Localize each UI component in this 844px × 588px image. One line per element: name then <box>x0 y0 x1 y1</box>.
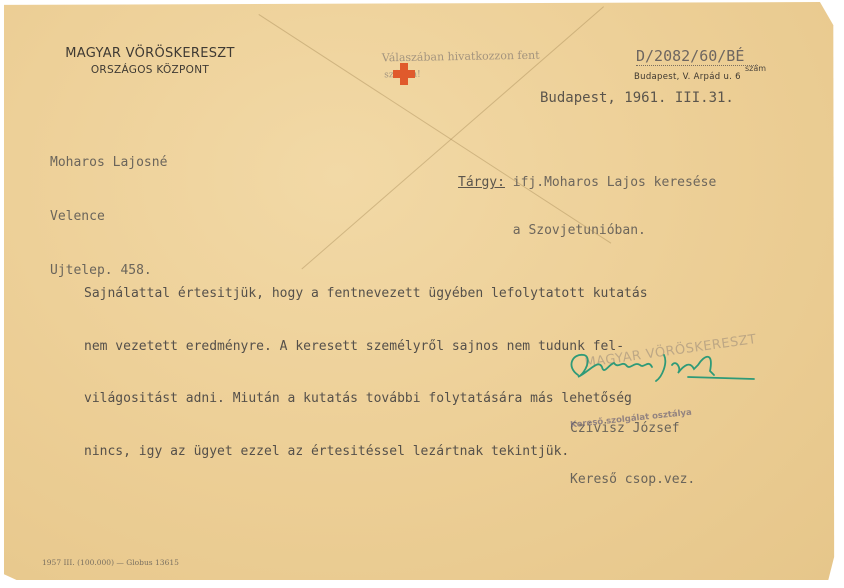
body-line: nem vezetett eredményre. A keresett szem… <box>84 338 648 356</box>
body-line: nincs, igy az ügyet ezzel az értesitésse… <box>84 443 648 461</box>
office-address: Budapest, V. Arpád u. 6 <box>634 72 741 82</box>
letter-date: Budapest, 1961. III.31. <box>540 90 734 106</box>
subject-line-2: a Szovjetunióban. <box>513 223 646 238</box>
subject-label: Tárgy: <box>458 175 505 190</box>
body-line: Sajnálattal értesitjük, hogy a fentnevez… <box>84 285 648 303</box>
stamp-line-1: Válaszában hivatkozzon fent <box>382 49 540 65</box>
recipient-name: Moharos Lajosné <box>50 154 167 172</box>
subject-line-1: ifj.Moharos Lajos keresése <box>513 175 717 190</box>
printer-mark: 1957 III. (100.000) — Globus 13615 <box>42 558 179 567</box>
red-cross-icon <box>393 63 415 85</box>
recipient-town: Velence <box>50 208 167 226</box>
body-line: világositást adni. Miután a kutatás tová… <box>84 390 648 408</box>
reference-suffix: szám <box>745 64 766 73</box>
letter-body: Sajnálattal értesitjük, hogy a fentnevez… <box>84 250 648 495</box>
letterhead: MAGYAR VÖRÖSKERESZT ORSZÁGOS KÖZPONT <box>50 46 250 76</box>
organization-name: MAGYAR VÖRÖSKERESZT <box>50 46 250 61</box>
signer-title: Kereső csop.vez. <box>570 471 695 488</box>
reference-number: D/2082/60/BÉ <box>636 47 758 66</box>
department-name: ORSZÁGOS KÖZPONT <box>50 64 250 76</box>
letter-page: MAGYAR VÖRÖSKERESZT ORSZÁGOS KÖZPONT Vál… <box>4 2 840 580</box>
signer-block: Czivisz József Kereső csop.vez. <box>570 386 695 522</box>
